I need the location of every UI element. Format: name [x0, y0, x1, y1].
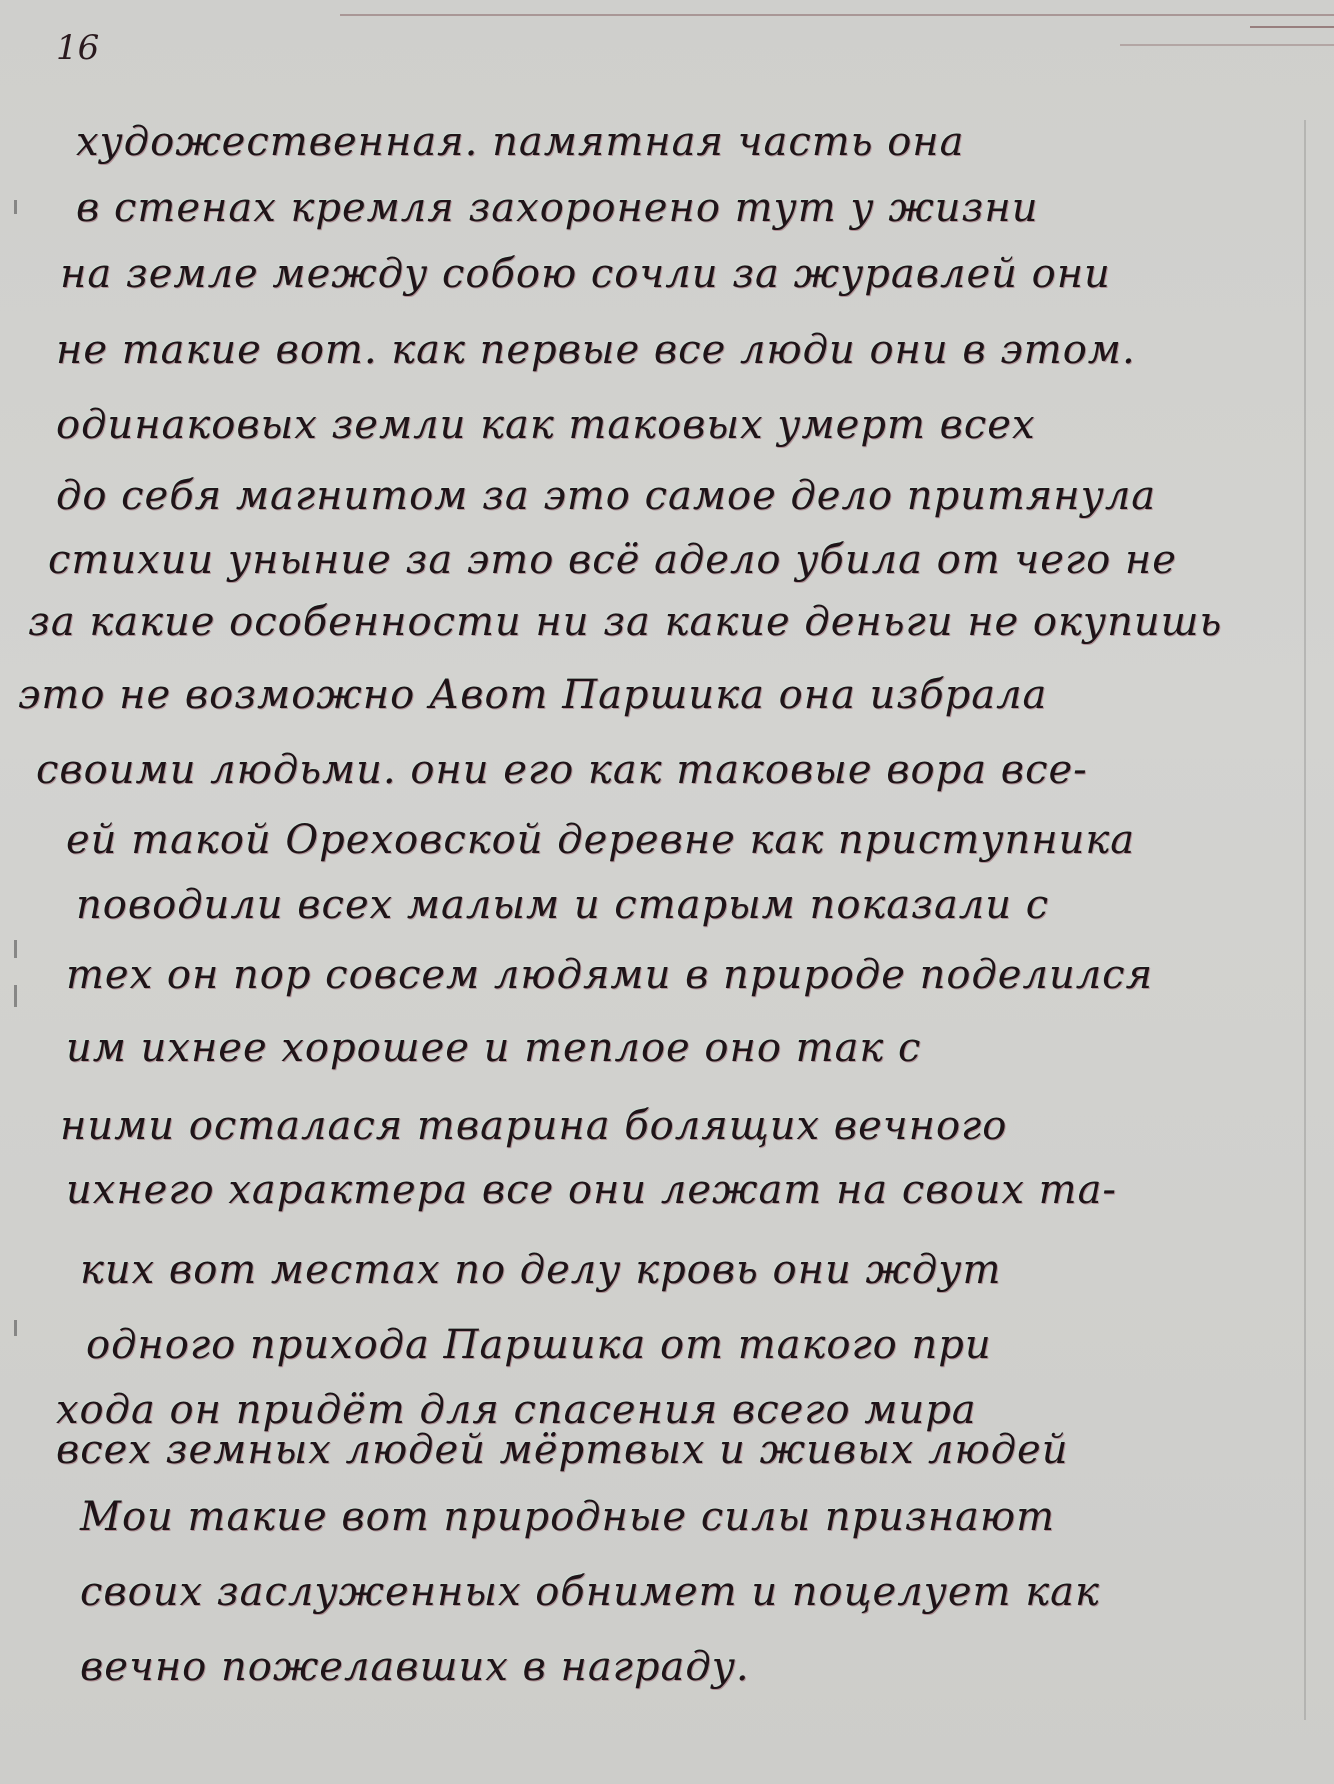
top-ruled-line [1250, 26, 1334, 28]
text-line: ких вот местах по делу кровь они ждут [80, 1240, 1001, 1300]
left-margin-mark [14, 1320, 17, 1336]
text-line: ихнего характера все они лежат на своих … [66, 1160, 1117, 1220]
text-line: не такие вот. как первые все люди они в … [56, 320, 1136, 380]
text-line: тех он пор совсем людями в природе подел… [66, 945, 1153, 1005]
text-line: своими людьми. они его как таковые вора … [36, 740, 1088, 800]
text-line: это не возможно Авот Паршика она избрала [18, 665, 1047, 725]
text-line: художественная. памятная часть она [76, 112, 965, 172]
text-line: ей такой Ореховской деревне как приступн… [66, 810, 1135, 870]
text-line: своих заслуженных обнимет и поцелует как [80, 1562, 1100, 1622]
text-line: вечно пожелавших в награду. [80, 1637, 750, 1697]
text-line: им ихнее хорошее и теплое оно так с [66, 1018, 921, 1078]
text-line: поводили всех малым и старым показали с [76, 875, 1049, 935]
top-ruled-line [340, 14, 1334, 16]
text-line: на земле между собою сочли за журавлей о… [60, 244, 1111, 304]
right-margin-line [1304, 120, 1306, 1720]
left-margin-mark [14, 985, 17, 1007]
text-line: в стенах кремля захоронено тут у жизни [76, 178, 1038, 238]
text-line: до себя магнитом за это самое дело притя… [56, 466, 1156, 526]
text-line: Мои такие вот природные силы признают [80, 1487, 1055, 1547]
text-line: всех земных людей мёртвых и живых людей [56, 1420, 1068, 1480]
top-ruled-line [1120, 44, 1334, 46]
text-line: ними осталася тварина болящих вечного [60, 1096, 1007, 1156]
text-line: за какие особенности ни за какие деньги … [28, 592, 1222, 652]
page-number: 16 [56, 28, 99, 68]
text-line: одинаковых земли как таковых умерт всех [56, 395, 1036, 455]
left-margin-mark [14, 940, 17, 958]
manuscript-page: 16 художественная. памятная часть она в … [0, 0, 1334, 1784]
text-line: одного прихода Паршика от такого при [86, 1315, 992, 1375]
text-line: стихии уныние за это всё адело убила от … [48, 530, 1177, 590]
left-margin-mark [14, 200, 17, 214]
